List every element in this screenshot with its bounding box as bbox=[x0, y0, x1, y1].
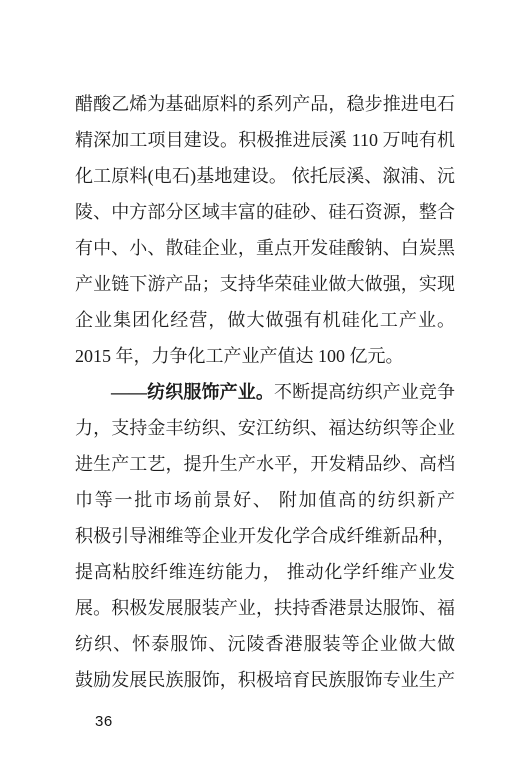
text-line: 巾等一批市场前景好、 附加值高的纺织新产品； bbox=[75, 482, 455, 518]
text-line: 积极引导湘维等企业开发化学合成纤维新品种， bbox=[75, 518, 455, 554]
text-line: 展。积极发展服装产业，扶持香港景达服饰、福达 bbox=[75, 590, 455, 626]
text-line: 纺织、怀泰服饰、沅陵香港服装等企业做大做强； bbox=[75, 626, 455, 662]
section-heading-inline: ——纺织服饰产业。 bbox=[111, 382, 274, 402]
text-line: 精深加工项目建设。积极推进辰溪 110 万吨有机 bbox=[75, 122, 455, 158]
document-page: 醋酸乙烯为基础原料的系列产品，稳步推进电石 精深加工项目建设。积极推进辰溪 11… bbox=[0, 0, 529, 774]
page-number: 36 bbox=[95, 712, 113, 732]
text-line: 提高粘胶纤维连纺能力， 推动化学纤维产业发 bbox=[75, 554, 455, 590]
body-text: 醋酸乙烯为基础原料的系列产品，稳步推进电石 精深加工项目建设。积极推进辰溪 11… bbox=[75, 86, 455, 698]
paragraph-chemical-industry: 醋酸乙烯为基础原料的系列产品，稳步推进电石 精深加工项目建设。积极推进辰溪 11… bbox=[75, 86, 455, 374]
text-line: 醋酸乙烯为基础原料的系列产品，稳步推进电石 bbox=[75, 86, 455, 122]
paragraph-textile-industry: ——纺织服饰产业。不断提高纺织产业竞争 力，支持金丰纺织、安江纺织、福达纺织等企… bbox=[75, 374, 455, 698]
text-line: 2015 年，力争化工产业产值达 100 亿元。 bbox=[75, 338, 455, 374]
text-line: 进生产工艺，提升生产水平，开发精品纱、高档毛 bbox=[75, 446, 455, 482]
text-line: 产业链下游产品；支持华荣硅业做大做强，实现 bbox=[75, 266, 455, 302]
text-line-paragraph-lead: ——纺织服饰产业。不断提高纺织产业竞争 bbox=[75, 374, 455, 410]
text-line: 企业集团化经营，做大做强有机硅化工产业。 到 bbox=[75, 302, 455, 338]
text-line: 鼓励发展民族服饰，积极培育民族服饰专业生产 bbox=[75, 662, 455, 698]
text-line: 化工原料(电石)基地建设。 依托辰溪、溆浦、沅 bbox=[75, 158, 455, 194]
text-line: 力，支持金丰纺织、安江纺织、福达纺织等企业改 bbox=[75, 410, 455, 446]
text-line: 陵、中方部分区域丰富的硅砂、硅石资源，整合现 bbox=[75, 194, 455, 230]
lead-text: 不断提高纺织产业竞争 bbox=[274, 382, 455, 402]
text-line: 有中、小、散硅企业，重点开发硅酸钠、白炭黑等 bbox=[75, 230, 455, 266]
